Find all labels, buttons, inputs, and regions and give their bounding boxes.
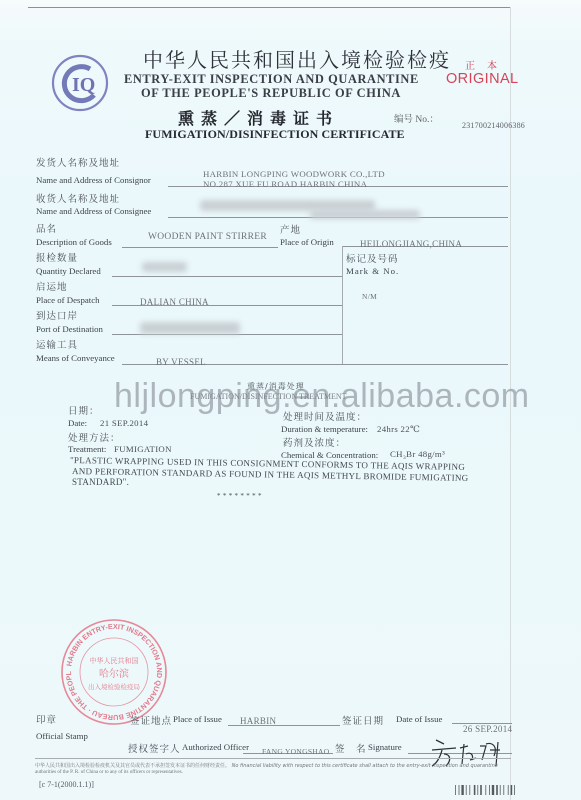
consignee-label-en: Name and Address of Consignee <box>36 206 151 216</box>
date-of-issue-cn: 签证日期 <box>342 713 384 727</box>
mark-label-en: Mark & No. <box>346 266 399 276</box>
agency-name-en-line2: OF THE PEOPLE'S REPUBLIC OF CHINA <box>141 86 401 101</box>
destination-label-en: Port of Destination <box>36 324 103 334</box>
quantity-label-en: Quantity Declared <box>36 266 101 276</box>
origin-value: HEILONGJIANG,CHINA <box>360 239 462 249</box>
certificate-title-en: FUMIGATION/DISINFECTION CERTIFICATE <box>145 127 405 142</box>
original-label-en: ORIGINAL <box>446 71 519 87</box>
duration-label-cn: 处理时间及温度： <box>283 409 367 423</box>
statement-line-3: STANDARD". <box>72 477 129 487</box>
form-number: [c 7-1(2000.1.1)] <box>39 780 94 789</box>
quantity-underline <box>112 276 342 277</box>
mark-value: N/M <box>362 292 377 301</box>
svg-text:中华人民共和国: 中华人民共和国 <box>90 656 139 665</box>
stamp-label-en: Official Stamp <box>36 731 88 741</box>
consignor-name: HARBIN LONGPING WOODWORK CO.,LTD <box>203 169 385 179</box>
stamp-label-cn: 印章 <box>36 712 57 726</box>
method-label-en: Treatment: <box>68 444 106 454</box>
certificate-number-label: 编号 No.： <box>394 111 439 125</box>
treatment-duration: 24hrs 22℃ <box>377 424 420 435</box>
svg-text:IQ: IQ <box>72 74 95 96</box>
method-label-cn: 处理方法： <box>68 430 121 444</box>
original-label-cn: 正本 <box>465 57 509 72</box>
date-of-issue: 26 SEP.2014 <box>463 724 512 734</box>
certificate-number: 2317002140063​86 <box>462 121 525 130</box>
quantity-label-cn: 报检数量 <box>36 250 78 264</box>
page-top-edge <box>28 7 510 8</box>
authorized-officer: FANG YONGSHAO <box>262 747 329 756</box>
svg-text:出入境检验检疫局: 出入境检验检疫局 <box>88 682 141 691</box>
official-stamp-seal: HARBIN ENTRY-EXIT INSPECTION AND QUARANT… <box>60 618 168 726</box>
place-of-issue-label: Place of Issue <box>173 714 222 724</box>
footer-divider <box>35 758 511 759</box>
despatch-label-en: Place of Despatch <box>36 295 100 305</box>
despatch-value: DALIAN CHINA <box>140 297 209 307</box>
certificate-page: IQ 中华人民共和国出入境检验检疫 ENTRY-EXIT INSPECTION … <box>0 0 581 800</box>
treatment-method: FUMIGATION <box>114 444 172 454</box>
mark-box-border <box>342 246 343 364</box>
goods-underline <box>122 247 278 248</box>
ciq-logo-icon: IQ <box>50 53 110 113</box>
conveyance-label-en: Means of Conveyance <box>36 353 115 363</box>
footer-disclaimer-en: authorities of the P. R. of China or to … <box>35 770 183 775</box>
officer-label-en: Authorized Officer <box>182 742 249 752</box>
origin-label-cn: 产地 <box>280 222 301 236</box>
duration-label-en: Duration & temperature: <box>281 424 368 434</box>
officer-label-cn: 授权签字人 <box>128 741 181 755</box>
treatment-date: 21 SEP.2014 <box>100 418 148 428</box>
barcode <box>455 785 539 795</box>
date-label-en: Date: <box>68 418 87 428</box>
signature-label-cn: 签 名 <box>335 741 367 755</box>
destination-underline <box>112 334 342 335</box>
conveyance-value: BY VESSEL <box>156 357 206 367</box>
despatch-label-cn: 启运地 <box>36 279 68 293</box>
date-of-issue-label: Date of Issue <box>396 714 442 724</box>
signature-label-en: Signature <box>368 742 402 752</box>
conveyance-label-cn: 运输工具 <box>36 337 78 351</box>
goods-value: WOODEN PAINT STIRRER <box>148 232 267 242</box>
place-of-issue: HARBIN <box>240 716 276 726</box>
consignee-label-cn: 收货人名称及地址 <box>36 191 120 205</box>
destination-label-cn: 到达口岸 <box>36 308 78 322</box>
chemical-label-cn: 药剂及浓度： <box>283 435 346 449</box>
place-of-issue-cn: 签证地点 <box>130 713 172 727</box>
quantity-redacted <box>142 262 187 272</box>
consignor-label-en: Name and Address of Consignor <box>36 175 151 185</box>
consignee-redacted-2 <box>310 210 420 219</box>
goods-label-cn: 品名 <box>36 221 57 235</box>
footer-disclaimer-cn: 中华人民共和国出入境检验检疫机关及其官员或代表不承担签发本证书的任何财经责任。 … <box>35 762 498 769</box>
end-marks: * * * * * * * * <box>217 492 262 500</box>
origin-label-en: Place of Origin <box>280 237 334 247</box>
date-label-cn: 日期： <box>68 403 100 417</box>
destination-redacted <box>140 322 240 334</box>
mark-label-cn: 标记及号码 <box>346 251 399 265</box>
consignor-address: NO.287 XUE FU ROAD HARBIN CHINA <box>203 179 367 189</box>
goods-label-en: Description of Goods <box>36 237 112 247</box>
agency-name-cn: 中华人民共和国出入境检验检疫 <box>143 44 451 73</box>
svg-text:哈尔滨: 哈尔滨 <box>99 667 129 680</box>
treatment-chemical: CH₃Br 48g/m³ <box>390 449 445 459</box>
certificate-title-cn: 熏蒸／消毒证书 <box>178 106 339 129</box>
consignor-label-cn: 发货人名称及地址 <box>36 155 120 169</box>
agency-name-en-line1: ENTRY-EXIT INSPECTION AND QUARANTINE <box>124 72 419 87</box>
